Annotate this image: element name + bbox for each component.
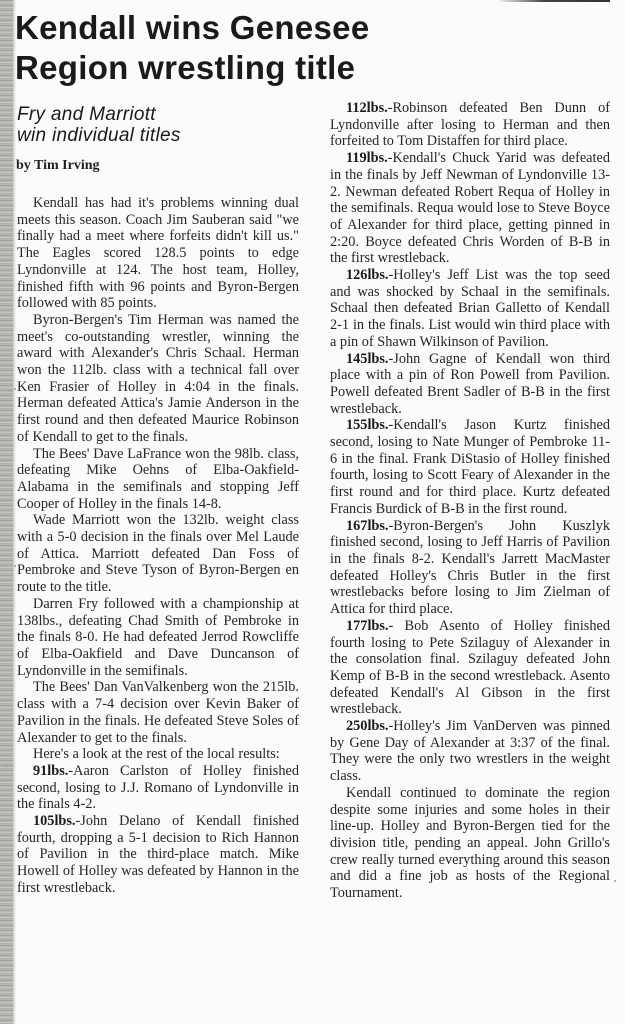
article-column-right: 112lbs.-Robinson defeated Ben Dunn of Ly…	[330, 100, 610, 902]
weight-class-label: 145lbs.	[346, 351, 389, 367]
subheadline: Fry and Marriott win individual titles	[17, 104, 181, 146]
subheadline-line-1: Fry and Marriott	[17, 104, 181, 125]
headline-line-2: Region wrestling title	[15, 48, 369, 88]
paragraph-intro: Kendall has had it's problems winning du…	[17, 195, 299, 312]
headline-line-1: Kendall wins Genesee	[15, 8, 369, 48]
weight-class-label: 91lbs.	[33, 763, 68, 779]
weight-class-label: 167lbs.	[346, 518, 389, 534]
paragraph-results-intro: Here's a look at the rest of the local r…	[17, 746, 299, 763]
weight-class-label: 112lbs.	[346, 100, 388, 116]
weight-class-label: 250lbs.	[346, 718, 389, 734]
result-entry: 167lbs.-Byron-Bergen's John Kuszlyk fini…	[330, 518, 610, 618]
result-text: -Kendall's Chuck Yarid was defeated in t…	[330, 150, 610, 266]
result-entry: 105lbs.-John Delano of Kendall fin­ished…	[17, 813, 299, 897]
scan-binding-edge	[0, 0, 13, 1024]
scan-speck	[614, 880, 616, 882]
paragraph-closing: Kendall continued to dominate the re­gio…	[330, 785, 610, 902]
result-entry: 177lbs.- Bob Asento of Holley finished f…	[330, 618, 610, 718]
top-rule-divider	[500, 0, 610, 2]
weight-class-label: 119lbs.	[346, 150, 388, 166]
result-entry: 91lbs.-Aaron Carlston of Holley fin­ishe…	[17, 763, 299, 813]
result-entry: 250lbs.-Holley's Jim VanDerven was pinne…	[330, 718, 610, 785]
weight-class-label: 177lbs.	[346, 618, 389, 634]
byline: by Tim Irving	[16, 158, 100, 174]
result-entry: 112lbs.-Robinson defeated Ben Dunn of Ly…	[330, 100, 610, 150]
headline: Kendall wins Genesee Region wrestling ti…	[15, 8, 369, 88]
paragraph-vanvalkenberg: The Bees' Dan VanValkenberg won the 215l…	[17, 679, 299, 746]
scan-speck	[14, 565, 16, 567]
scan-speck	[5, 765, 7, 767]
result-entry: 155lbs.-Kendall's Jason Kurtz finished s…	[330, 417, 610, 517]
scan-speck	[14, 388, 16, 390]
weight-class-label: 155lbs.	[346, 417, 389, 433]
article-column-left: Kendall has had it's problems winning du…	[17, 195, 299, 897]
weight-class-label: 105lbs.	[33, 813, 76, 829]
result-entry: 126lbs.-Holley's Jeff List was the top s…	[330, 267, 610, 351]
weight-class-label: 126lbs.	[346, 267, 389, 283]
result-entry: 119lbs.-Kendall's Chuck Yarid was defeat…	[330, 150, 610, 267]
paragraph-lafrance: The Bees' Dave LaFrance won the 98lb. cl…	[17, 446, 299, 513]
subheadline-line-2: win individual titles	[17, 125, 181, 146]
paragraph-marriott: Wade Marriott won the 132lb. weight clas…	[17, 512, 299, 596]
paragraph-herman: Byron-Bergen's Tim Herman was named the …	[17, 312, 299, 446]
paragraph-fry: Darren Fry followed with a champi­onship…	[17, 596, 299, 680]
result-entry: 145lbs.-John Gagne of Kendall won third …	[330, 351, 610, 418]
